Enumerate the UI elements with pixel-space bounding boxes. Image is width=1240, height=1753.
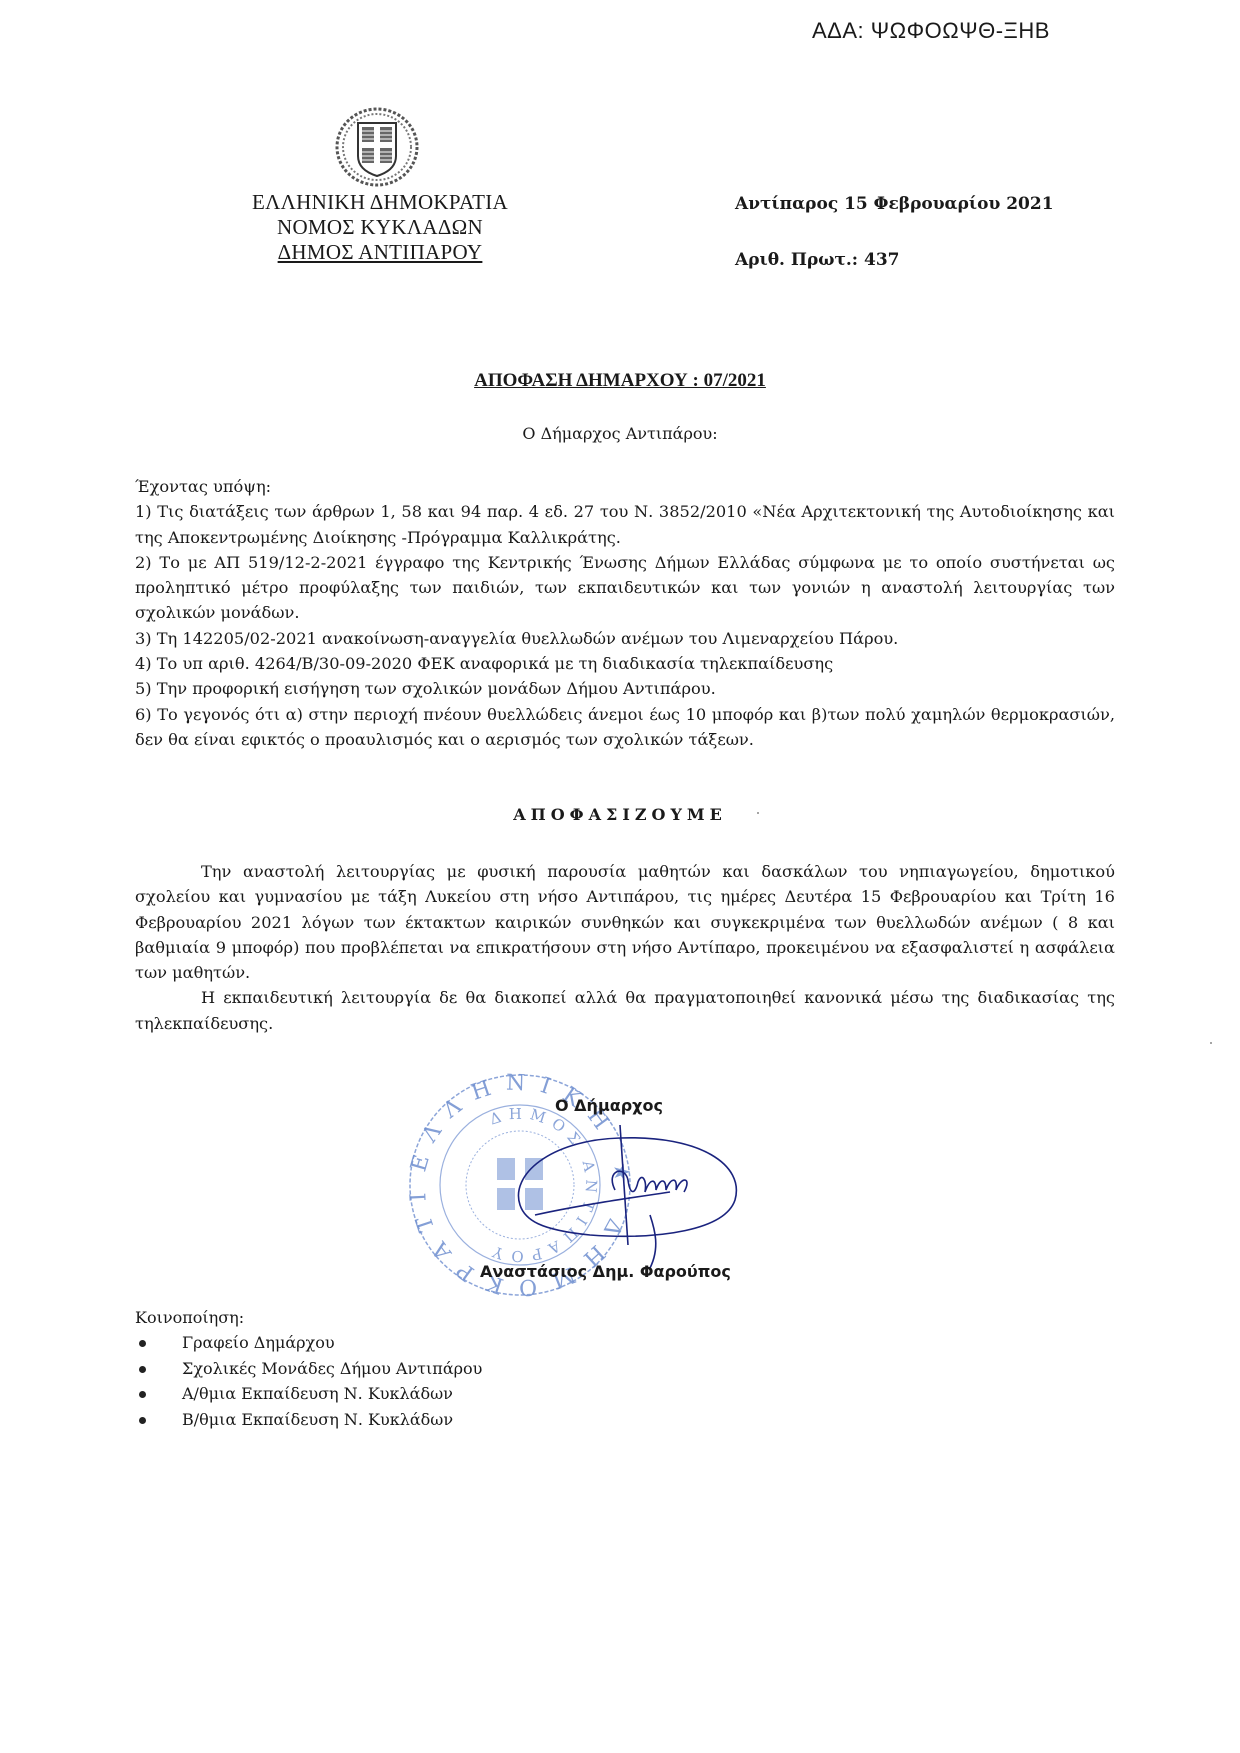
distribution-item: Σχολικές Μονάδες Δήμου Αντιπάρου bbox=[135, 1356, 482, 1381]
signatory-name: Αναστάσιος Δημ. Φαρούπος bbox=[480, 1262, 731, 1281]
decision-section: Την αναστολή λειτουργίας με φυσική παρου… bbox=[135, 859, 1115, 1036]
svg-text:ΔΗΜΟΣ ΑΝΤΙΠΑΡΟΥ: ΔΗΜΟΣ ΑΝΤΙΠΑΡΟΥ bbox=[484, 1105, 601, 1266]
document-title: ΑΠΟΦΑΣΗ ΔΗΜΑΡΧΟΥ : 07/2021 bbox=[0, 370, 1240, 392]
protocol-number: Αριθ. Πρωτ.: 437 bbox=[735, 250, 899, 270]
mayor-intro: Ο Δήμαρχος Αντιπάρου: bbox=[0, 424, 1240, 443]
ada-code: ΑΔΑ: ΨΩΦΟΩΨΘ-ΞΗΒ bbox=[812, 18, 1050, 44]
handwritten-signature-icon bbox=[510, 1120, 750, 1270]
issuer-prefecture: ΝΟΜΟΣ ΚΥΚΛΑΔΩΝ bbox=[200, 215, 560, 240]
issuer-country: ΕΛΛΗΝΙΚΗ ΔΗΜΟΚΡΑΤΙΑ bbox=[200, 190, 560, 215]
distribution-item: Α/θμια Εκπαίδευση Ν. Κυκλάδων bbox=[135, 1381, 482, 1406]
considering-item: 1) Τις διατάξεις των άρθρων 1, 58 και 94… bbox=[135, 499, 1115, 550]
distribution-list: Κοινοποίηση: Γραφείο Δημάρχου Σχολικές Μ… bbox=[135, 1305, 482, 1432]
considering-heading: Έχοντας υπόψη: bbox=[135, 474, 1115, 499]
considering-item: 5) Την προφορική εισήγηση των σχολικών μ… bbox=[135, 676, 1115, 701]
scan-speck bbox=[757, 812, 759, 814]
decision-paragraph: Την αναστολή λειτουργίας με φυσική παρου… bbox=[135, 859, 1115, 985]
distribution-item: Γραφείο Δημάρχου bbox=[135, 1330, 482, 1355]
considering-item: 4) Το υπ αριθ. 4264/Β/30-09-2020 ΦΕΚ ανα… bbox=[135, 651, 1115, 676]
decision-paragraph: Η εκπαιδευτική λειτουργία δε θα διακοπεί… bbox=[135, 985, 1115, 1036]
considering-item: 3) Τη 142205/02-2021 ανακοίνωση-αναγγελί… bbox=[135, 626, 1115, 651]
decide-heading: ΑΠΟΦΑΣΙΖΟΥΜΕ bbox=[0, 805, 1240, 824]
coat-of-arms-icon bbox=[334, 106, 420, 188]
distribution-heading: Κοινοποίηση: bbox=[135, 1305, 482, 1330]
issuer-municipality: ΔΗΜΟΣ ΑΝΤΙΠΑΡΟΥ bbox=[200, 240, 560, 265]
considering-item: 2) Το με ΑΠ 519/12-2-2021 έγγραφο της Κε… bbox=[135, 550, 1115, 626]
considering-item: 6) Το γεγονός ότι α) στην περιοχή πνέουν… bbox=[135, 702, 1115, 753]
place-date: Αντίπαρος 15 Φεβρουαρίου 2021 bbox=[735, 194, 1054, 214]
issuer-header: ΕΛΛΗΝΙΚΗ ΔΗΜΟΚΡΑΤΙΑ ΝΟΜΟΣ ΚΥΚΛΑΔΩΝ ΔΗΜΟΣ… bbox=[200, 190, 560, 265]
distribution-item: Β/θμια Εκπαίδευση Ν. Κυκλάδων bbox=[135, 1407, 482, 1432]
considering-section: Έχοντας υπόψη: 1) Τις διατάξεις των άρθρ… bbox=[135, 474, 1115, 752]
signature-title: Ο Δήμαρχος bbox=[555, 1096, 663, 1115]
scan-speck bbox=[1210, 1042, 1212, 1044]
